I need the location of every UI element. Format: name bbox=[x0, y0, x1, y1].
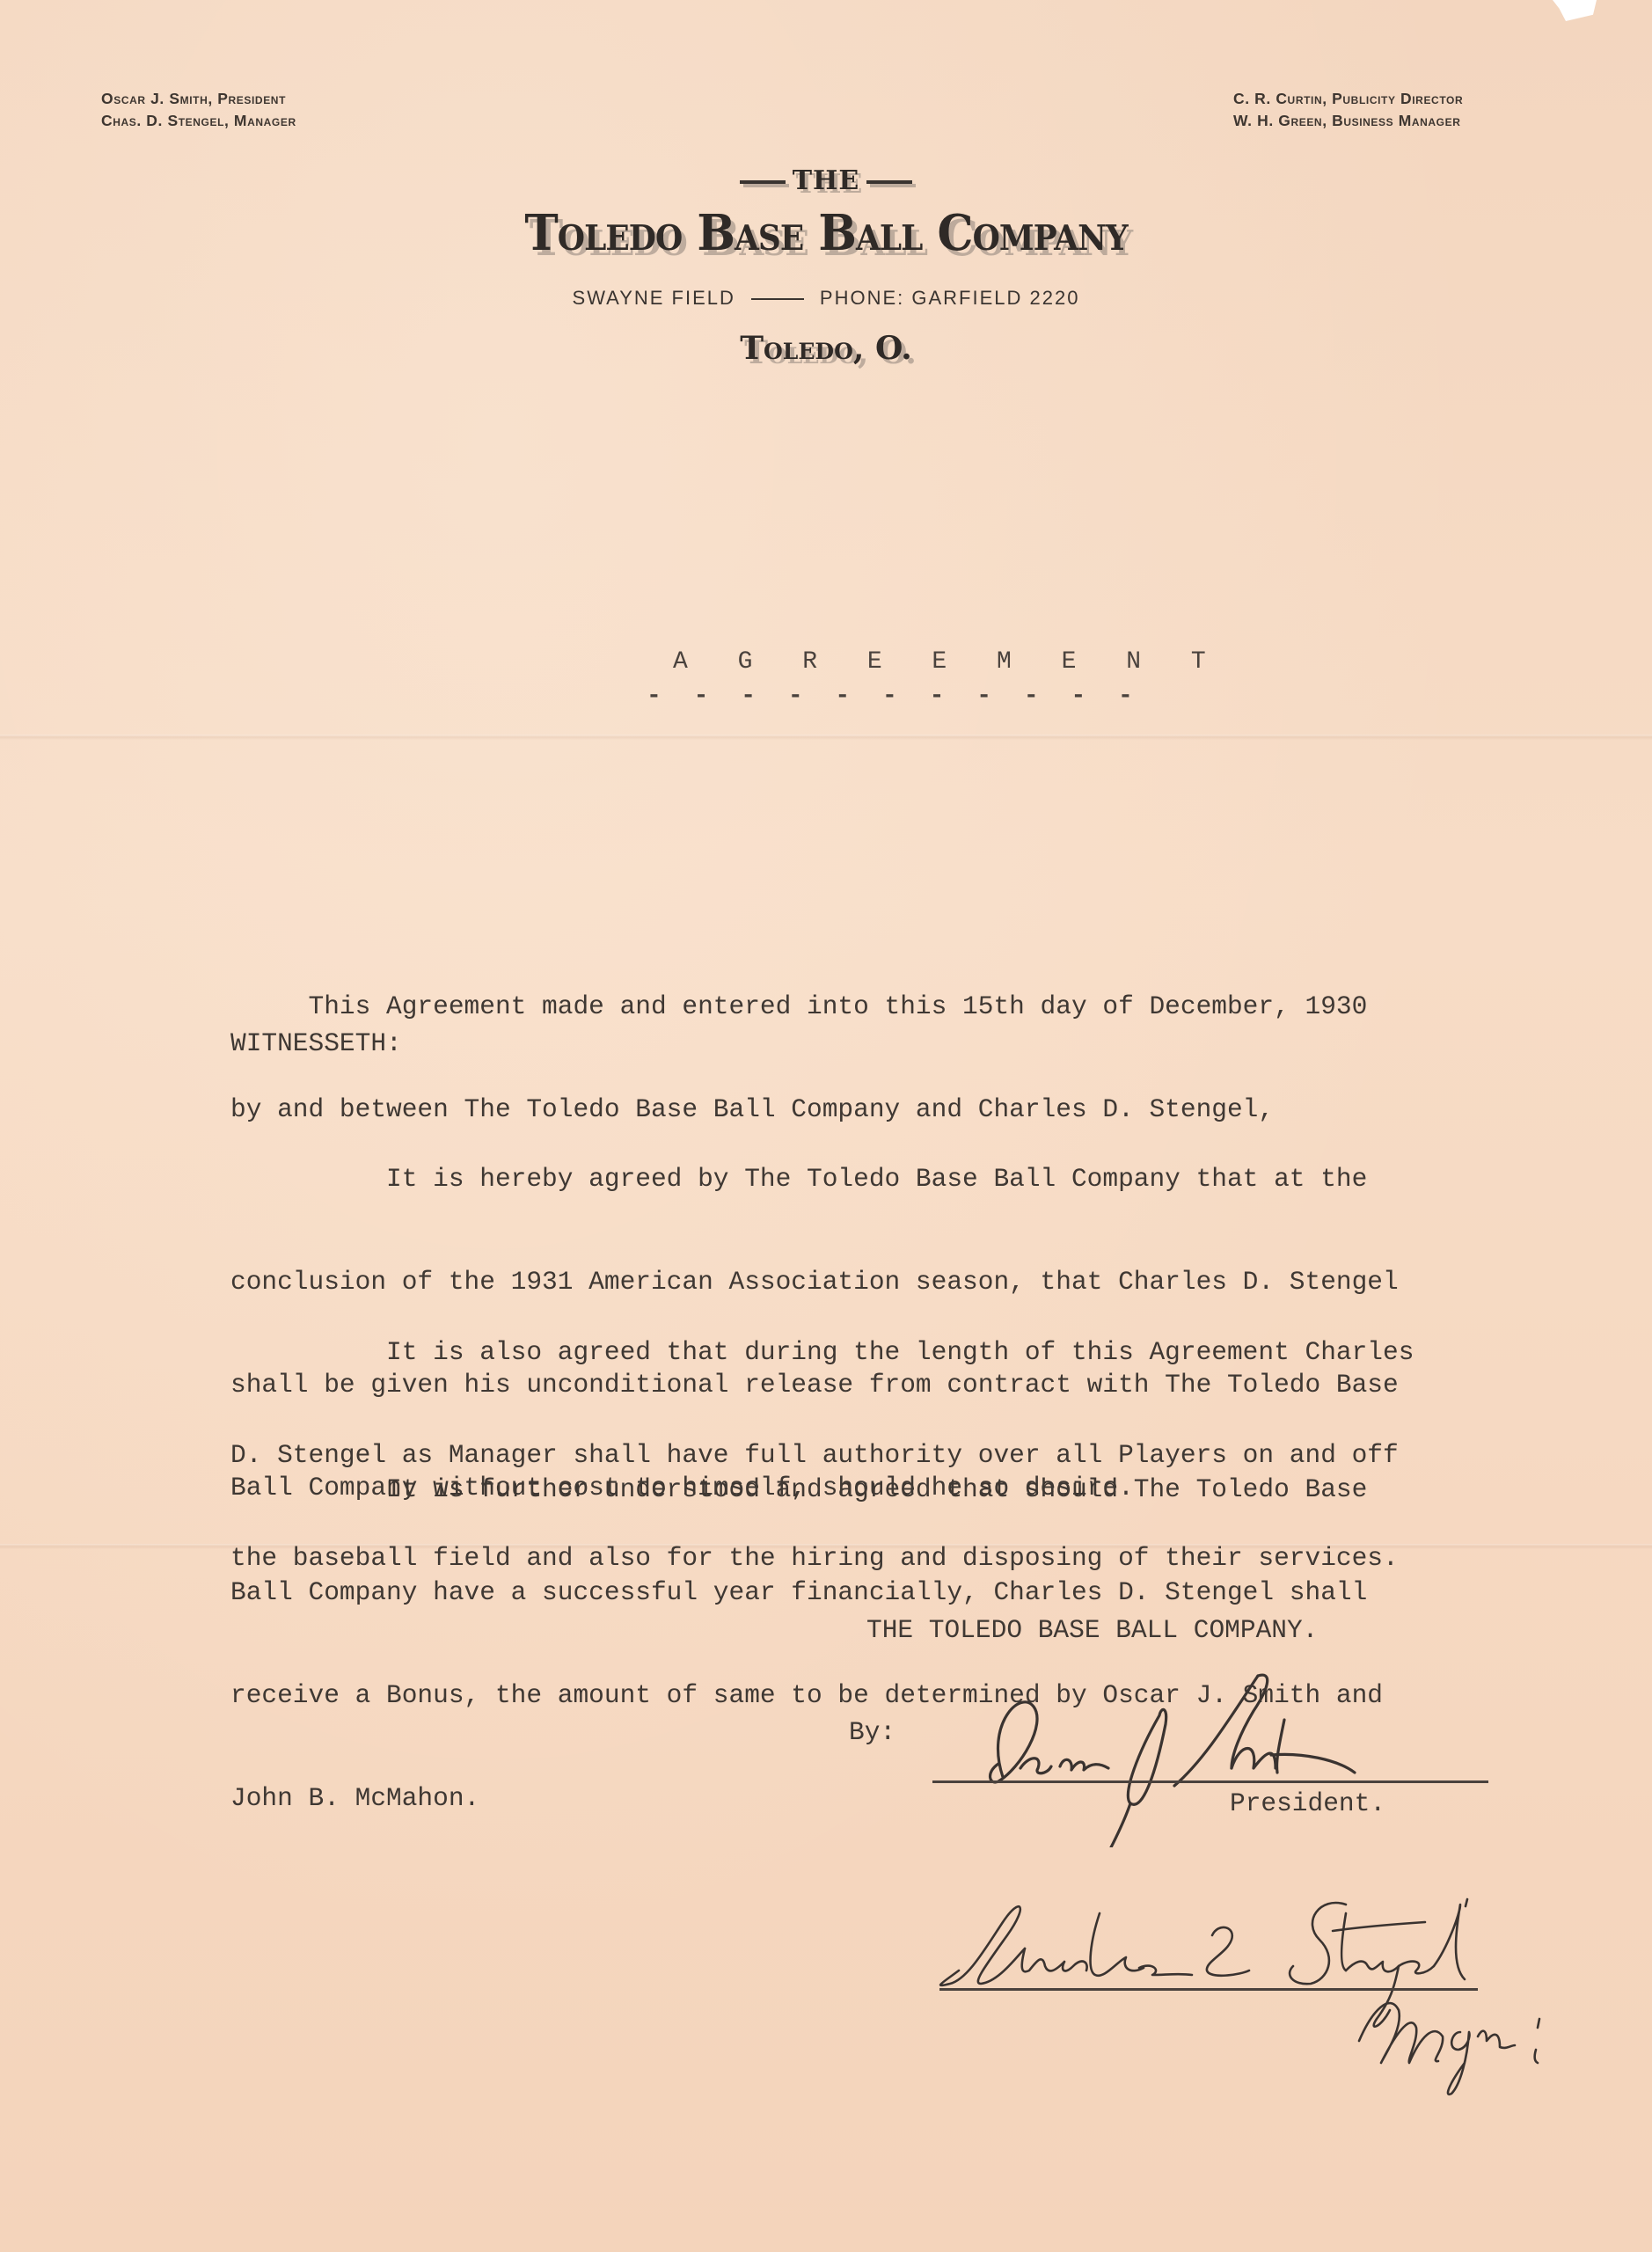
document-title: A G R E E M E N T bbox=[673, 645, 1224, 679]
city-name: Toledo, O. bbox=[0, 330, 1652, 367]
smith-signature bbox=[968, 1671, 1460, 1847]
letterhead-officers-left: Oscar J. Smith, President Chas. D. Steng… bbox=[101, 88, 296, 132]
field-name: SWAYNE FIELD bbox=[573, 287, 735, 309]
masthead-the: THE bbox=[0, 165, 1652, 196]
paper-fold-line bbox=[0, 735, 1652, 740]
president-signature-line bbox=[932, 1780, 1488, 1783]
address-line: SWAYNE FIELDPHONE: GARFIELD 2220 bbox=[0, 287, 1652, 310]
officer-publicity-director: C. R. Curtin, Publicity Director bbox=[1233, 88, 1463, 110]
officer-manager: Chas. D. Stengel, Manager bbox=[101, 110, 296, 132]
decorative-dash bbox=[866, 180, 912, 184]
letterhead-officers-right: C. R. Curtin, Publicity Director W. H. G… bbox=[1233, 88, 1463, 132]
separator-dash bbox=[751, 298, 804, 300]
decorative-dash bbox=[740, 180, 786, 184]
manager-title-handwritten bbox=[1355, 1975, 1557, 2098]
company-signature-block: THE TOLEDO BASE BALL COMPANY. bbox=[866, 1613, 1318, 1648]
officer-president: Oscar J. Smith, President bbox=[101, 88, 296, 110]
officer-business-manager: W. H. Green, Business Manager bbox=[1233, 110, 1463, 132]
title-underline: - - - - - - - - - - - bbox=[647, 679, 1142, 713]
phone-number: PHONE: GARFIELD 2220 bbox=[820, 287, 1080, 309]
by-label: By: bbox=[849, 1715, 895, 1750]
president-label: President. bbox=[1230, 1787, 1385, 1821]
witnesseth-heading: WITNESSETH: bbox=[230, 1027, 402, 1061]
company-name: Toledo Base Ball Company bbox=[66, 204, 1586, 262]
